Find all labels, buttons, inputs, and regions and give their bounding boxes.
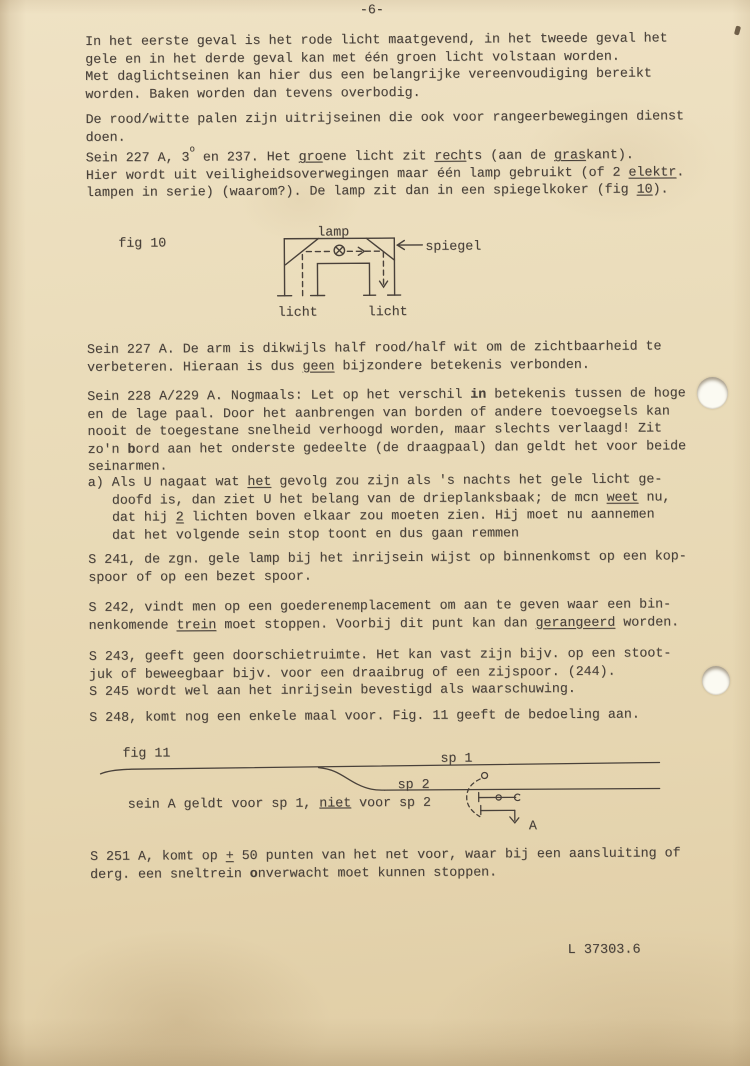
scanned-document-page: -6- In het eerste geval is het rode lich… (0, 0, 750, 1066)
figure-10: fig 10 (86, 219, 647, 322)
lamp-symbol (334, 245, 344, 255)
light-rays (302, 251, 383, 295)
spiegelkoker-housing (277, 238, 400, 296)
text-line: S 241, de zgn. gele lamp bij het inrijse… (88, 547, 687, 568)
page-number: -6- (0, 0, 747, 19)
track-sp1 (101, 762, 660, 773)
text-line: verbeteren. Hieraan is dus geen bijzonde… (87, 355, 662, 376)
fig11-signal-a-label: A (529, 818, 537, 833)
punch-hole-top (697, 377, 728, 409)
track-branch (319, 767, 385, 790)
text-line: lampen in serie) (waarom?). De lamp zit … (86, 181, 685, 202)
text-line: dat het volgende sein stop toont en dus … (88, 523, 671, 544)
paragraph-sein-228a-229a: Sein 228 A/229 A. Nogmaals: Let op het v… (87, 384, 686, 475)
fig11-diagram: fig 11 sp 1 sp 2 (89, 736, 710, 840)
text-line: spoor of op een bezet spoor. (88, 565, 687, 586)
text-line: S 248, komt nog een enkele maal voor. Fi… (89, 706, 640, 727)
fig10-lamp-label: lamp (317, 224, 349, 239)
paragraph-s243-s245: S 243, geeft geen doorschietruimte. Het … (89, 644, 672, 700)
text-line: S 251 A, komt op + 50 punten van het net… (90, 844, 681, 865)
paragraph-s248: S 248, komt nog een enkele maal voor. Fi… (89, 706, 640, 727)
paragraph-intro: In het eerste geval is het rode licht ma… (85, 29, 668, 103)
text-line: zo'n bord aan het onderste gedeelte (de … (88, 437, 687, 458)
document-reference-number: L 37303.6 (568, 943, 641, 958)
text-line: Met daglichtseinen kan hier dus een bela… (85, 64, 668, 85)
fig11-label: fig 11 (122, 745, 170, 760)
fig11-sp2-label: sp 2 (398, 777, 430, 792)
fig11-sp1-label: sp 1 (440, 751, 472, 766)
paragraph-s241: S 241, de zgn. gele lamp bij het inrijse… (88, 547, 687, 586)
punch-hole-bottom (702, 666, 730, 695)
text-line: juk of beweegbaar bijv. voor een draaibr… (89, 662, 672, 683)
fig10-licht-left-label: licht (278, 305, 318, 320)
paragraph-s251a: S 251 A, komt op + 50 punten van het net… (90, 844, 681, 883)
signal-symbol (467, 772, 520, 823)
fig10-diagram: fig 10 (86, 219, 647, 322)
paragraph-sein-227a: Sein 227 A. De arm is dikwijls half rood… (87, 337, 662, 376)
text-line: worden. Baken worden dan tevens overbodi… (85, 82, 668, 103)
fig11-caption: sein A geldt voor sp 1, niet voor sp 2 (128, 795, 431, 812)
spiegel-pointer (397, 240, 422, 249)
fig10-label: fig 10 (118, 235, 166, 250)
paragraph-s242: S 242, vindt men op een goederenemplacem… (88, 595, 679, 634)
paragraph-uitrijseinen: De rood/witte palen zijn uitrijseinen di… (86, 107, 685, 202)
fig10-licht-right-label: licht (368, 304, 408, 319)
fig10-spiegel-label: spiegel (425, 239, 481, 254)
paragraph-item-a: a) Als U nagaat wat het gevolg zou zijn … (88, 470, 671, 544)
page-content: -6- In het eerste geval is het rode lich… (0, 0, 750, 1066)
text-line: derg. een sneltrein onverwacht moet kunn… (90, 862, 681, 883)
text-line: dat hij 2 lichten boven elkaar zou moete… (88, 505, 671, 526)
figure-11: fig 11 sp 1 sp 2 (89, 736, 710, 840)
text-line: De rood/witte palen zijn uitrijseinen di… (86, 107, 685, 128)
text-line: S 245 wordt wel aan het inrijsein bevest… (89, 679, 672, 700)
text-line: nenkomende trein moet stoppen. Voorbij d… (89, 613, 680, 634)
